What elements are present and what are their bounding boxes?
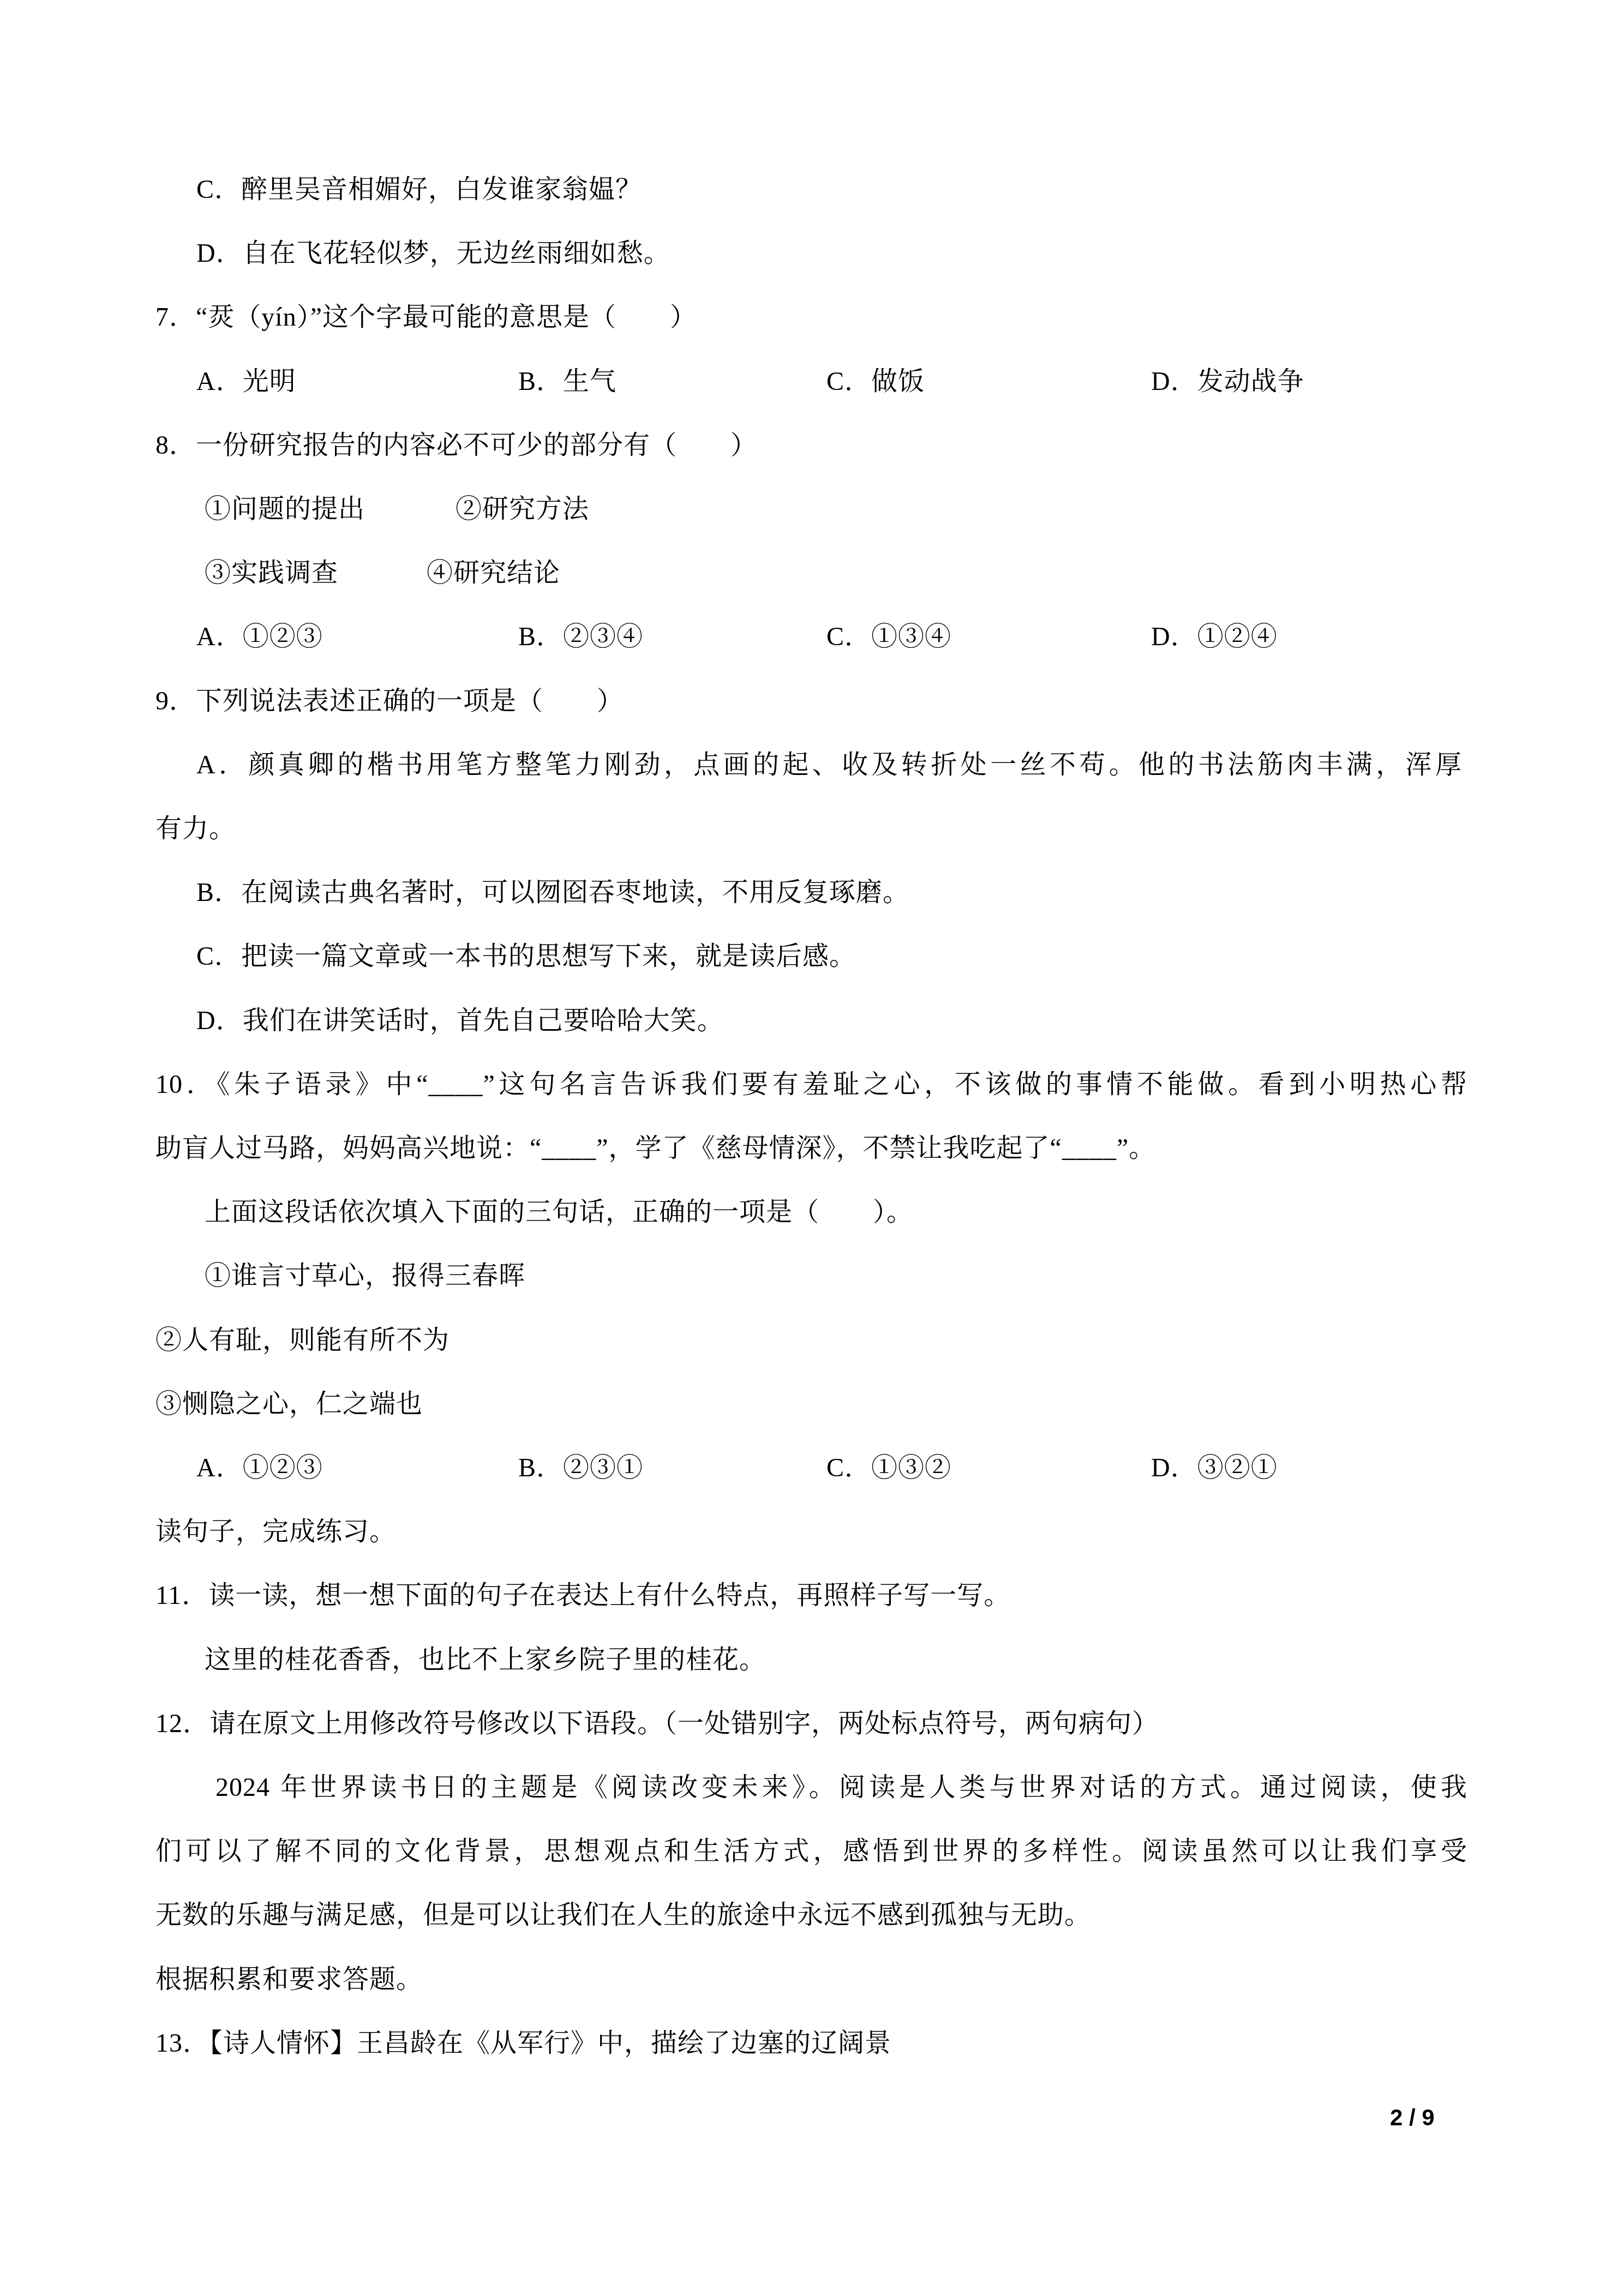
q8-item-4: ④研究结论 <box>427 556 560 590</box>
q10-choice-c: C．①③② <box>826 1451 951 1485</box>
q8-stem: 8．一份研究报告的内容必不可少的部分有（ ） <box>155 429 757 462</box>
page-number: 2 / 9 <box>1390 2104 1435 2131</box>
q7-stem: 7．“烎（yín）”这个字最可能的意思是（ ） <box>155 300 697 334</box>
q8-items-row-2: ③实践调查 ④研究结论 <box>0 556 1624 590</box>
q10-stem-line-3: 上面这段话依次填入下面的三句话，正确的一项是（ ）。 <box>205 1195 913 1229</box>
q10-choice-a: A．①②③ <box>196 1451 323 1485</box>
q11-sentence: 这里的桂花香香，也比不上家乡院子里的桂花。 <box>205 1643 766 1677</box>
q10-choices-row: A．①②③ B．②③① C．①③② D．③②① <box>0 1451 1624 1485</box>
q9-option-a-line-1: A．颜真卿的楷书用笔方整笔力刚劲，点画的起、收及转折处一丝不苟。他的书法筋肉丰满… <box>196 748 1462 782</box>
section-header-read-sentences: 读句子，完成练习。 <box>155 1515 396 1549</box>
q9-option-c: C．把读一篇文章或一本书的思想写下来，就是读后感。 <box>196 940 856 973</box>
document-page: C．醉里吴音相媚好，白发谁家翁媪？ D．自在飞花轻似梦，无边丝雨细如愁。 7．“… <box>0 0 1624 2296</box>
q8-choice-d: D．①②④ <box>1151 620 1278 654</box>
q8-choice-a: A．①②③ <box>196 620 323 654</box>
q9-option-b: B．在阅读古典名著时，可以囫囵吞枣地读，不用反复琢磨。 <box>196 876 909 910</box>
q7-choice-b: B．生气 <box>518 365 616 399</box>
q8-choice-b: B．②③④ <box>518 620 643 654</box>
q12-paragraph-line-1: 2024 年世界读书日的主题是《阅读改变未来》。阅读是人类与世界对话的方式。通过… <box>215 1771 1467 1805</box>
q12-paragraph-line-2: 们可以了解不同的文化背景，思想观点和生活方式，感悟到世界的多样性。阅读虽然可以让… <box>155 1835 1467 1868</box>
q8-item-1: ①问题的提出 <box>205 492 365 526</box>
q10-stem-line-2: 助盲人过马路，妈妈高兴地说：“____”，学了《慈母情深》，不禁让我吃起了“__… <box>155 1132 1155 1165</box>
q7-choice-d: D．发动战争 <box>1151 365 1304 399</box>
q11-stem: 11．读一读，想一想下面的句子在表达上有什么特点，再照样子写一写。 <box>155 1579 1010 1613</box>
q9-stem: 9．下列说法表述正确的一项是（ ） <box>155 684 624 718</box>
q8-choices-row: A．①②③ B．②③④ C．①③④ D．①②④ <box>0 620 1624 654</box>
q8-item-3: ③实践调查 <box>205 556 338 590</box>
q6-option-d: D．自在飞花轻似梦，无边丝雨细如愁。 <box>196 237 670 271</box>
q7-choice-c: C．做饭 <box>826 365 925 399</box>
q10-choice-d: D．③②① <box>1151 1451 1278 1485</box>
q6-option-c: C．醉里吴音相媚好，白发谁家翁媪？ <box>196 173 642 207</box>
q7-choices-row: A．光明 B．生气 C．做饭 D．发动战争 <box>0 365 1624 399</box>
section-header-accumulation: 根据积累和要求答题。 <box>155 1963 423 1997</box>
q8-items-row-1: ①问题的提出 ②研究方法 <box>0 492 1624 526</box>
q12-paragraph-line-3: 无数的乐趣与满足感，但是可以让我们在人生的旅途中永远不感到孤独与无助。 <box>155 1898 1091 1932</box>
q9-option-a-line-2: 有力。 <box>155 812 236 846</box>
q10-item-2: ②人有耻，则能有所不为 <box>155 1324 450 1357</box>
q7-choice-a: A．光明 <box>196 365 296 399</box>
q10-item-3: ③恻隐之心，仁之端也 <box>155 1387 423 1421</box>
q10-stem-line-1: 10．《朱子语录》中“____”这句名言告诉我们要有羞耻之心，不该做的事情不能做… <box>155 1068 1467 1102</box>
q9-option-d: D．我们在讲笑话时，首先自己要哈哈大笑。 <box>196 1004 724 1038</box>
q12-stem: 12．请在原文上用修改符号修改以下语段。（一处错别字，两处标点符号，两句病句） <box>155 1707 1159 1741</box>
q8-choice-c: C．①③④ <box>826 620 951 654</box>
q10-choice-b: B．②③① <box>518 1451 643 1485</box>
q10-item-1: ①谁言寸草心，报得三春晖 <box>205 1259 525 1293</box>
q13-stem: 13．【诗人情怀】王昌龄在《从军行》中，描绘了边塞的辽阔景 <box>155 2027 891 2060</box>
q8-item-2: ②研究方法 <box>456 492 589 526</box>
